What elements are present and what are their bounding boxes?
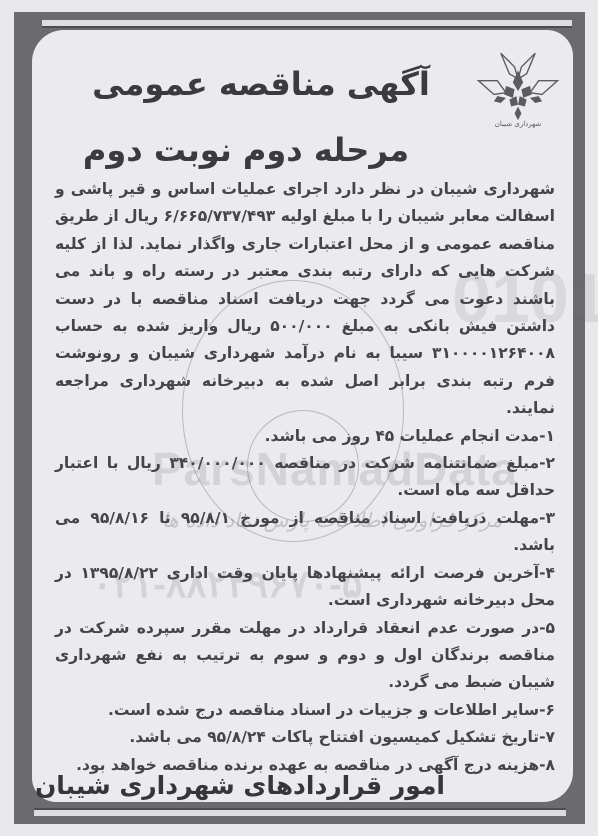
condition-item: ۲-مبلغ ضمانتنامه شرکت در مناقصه ۳۴۰/۰۰۰/… xyxy=(55,450,555,505)
condition-item: ۵-در صورت عدم انعقاد قرارداد در مهلت مقر… xyxy=(55,615,555,697)
frame-top-strip xyxy=(42,20,572,28)
frame-bottom-strip xyxy=(34,808,566,816)
municipality-emblem-icon xyxy=(475,48,561,122)
notice-title: آگهی مناقصه عمومی xyxy=(71,64,451,104)
notice-signature: امور قراردادهای شهرداری شیبان xyxy=(35,770,445,802)
municipality-logo: شهرداری شیبان xyxy=(475,48,561,134)
condition-item: ۷-تاریخ تشکیل کمیسیون افتتاح پاکات ۹۵/۸/… xyxy=(55,724,555,751)
condition-item: ۳-مهلت دریافت اسناد مناقصه از مورخ ۹۵/۸/… xyxy=(55,505,555,560)
notice-panel: شهرداری شیبان آگهی مناقصه عمومی مرحله دو… xyxy=(32,30,573,802)
condition-item: ۶-سایر اطلاعات و جزییات در اسناد مناقصه … xyxy=(55,697,555,724)
condition-item: ۱-مدت انجام عملیات ۴۵ روز می باشد. xyxy=(55,423,555,450)
logo-caption: شهرداری شیبان xyxy=(475,120,561,128)
notice-body: شهرداری شیبان در نظر دارد اجرای عملیات ا… xyxy=(55,176,555,779)
notice-outer-frame: شهرداری شیبان آگهی مناقصه عمومی مرحله دو… xyxy=(14,12,585,824)
notice-subtitle: مرحله دوم نوبت دوم xyxy=(41,130,451,170)
condition-item: ۴-آخرین فرصت ارائه پیشنهادها پایان وقت ا… xyxy=(55,560,555,615)
notice-conditions-list: ۱-مدت انجام عملیات ۴۵ روز می باشد. ۲-مبل… xyxy=(55,423,555,779)
notice-intro: شهرداری شیبان در نظر دارد اجرای عملیات ا… xyxy=(55,176,555,423)
